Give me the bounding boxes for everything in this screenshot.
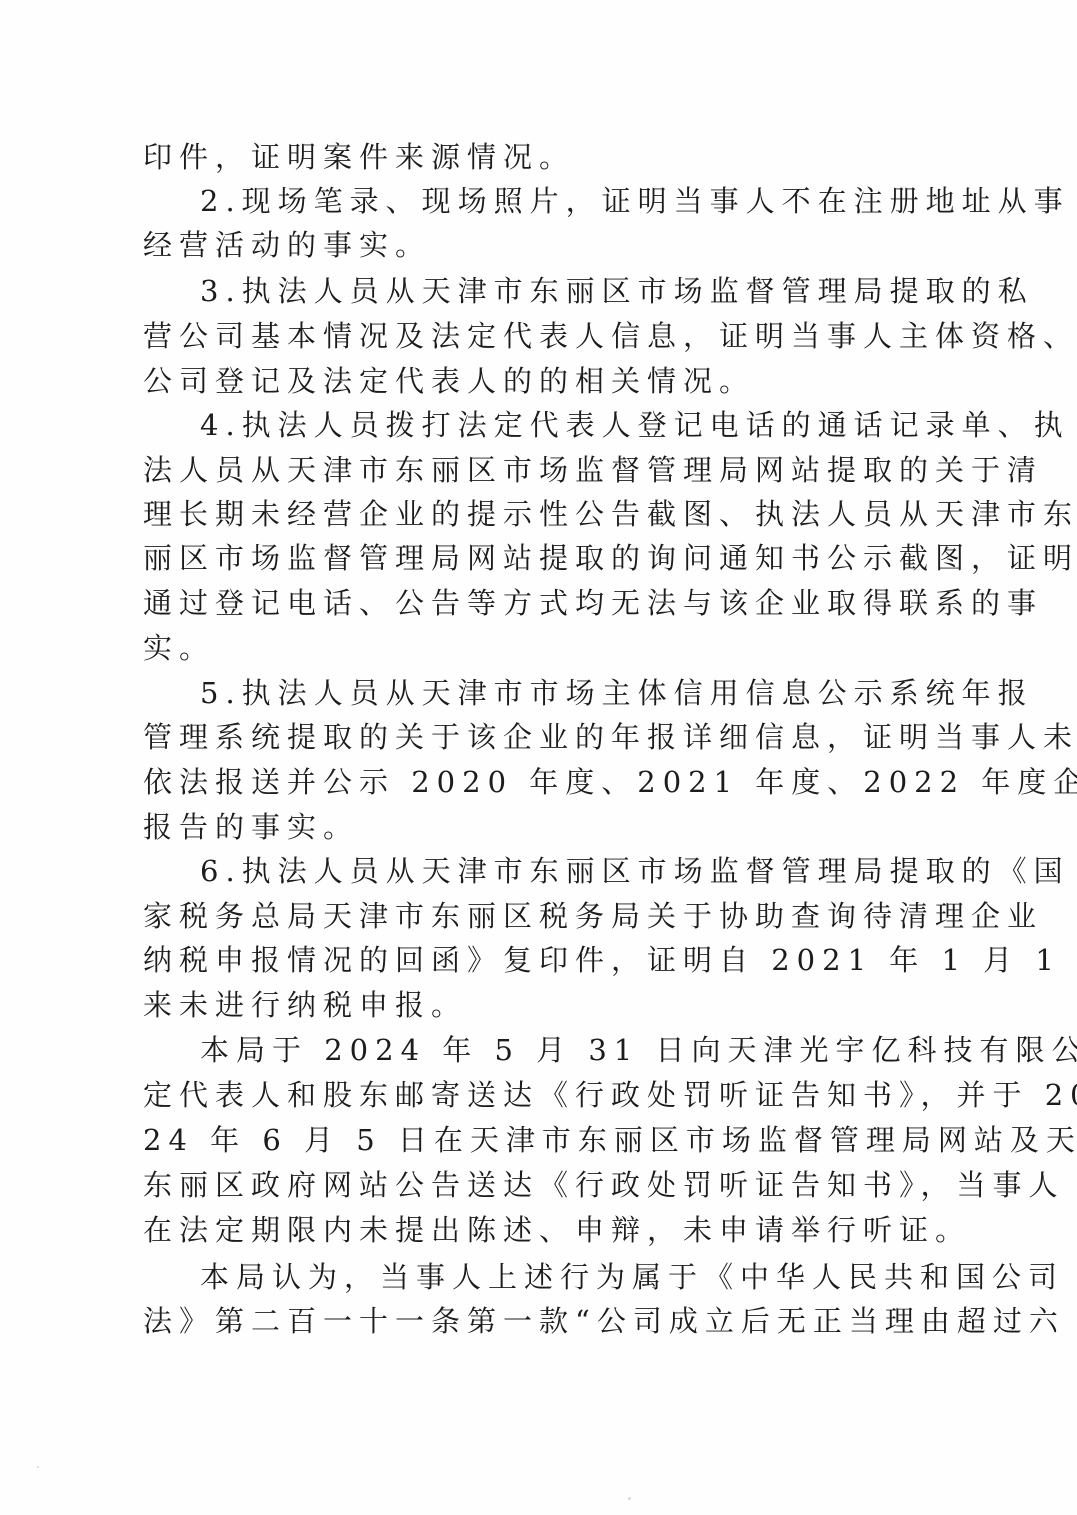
text-line: 经营活动的事实。 bbox=[143, 225, 888, 265]
text-line: 来未进行纳税申报。 bbox=[143, 985, 888, 1025]
text-line: 3.执法人员从天津市东丽区市场监督管理局提取的私 bbox=[200, 271, 888, 311]
text-line: 定代表人和股东邮寄送达《行政处罚听证告知书》，并于 20 bbox=[143, 1075, 888, 1115]
document-page: 印件，证明案件来源情况。2.现场笔录、现场照片，证明当事人不在注册地址从事经营活… bbox=[0, 0, 1077, 1515]
text-line: 5.执法人员从天津市市场主体信用信息公示系统年报 bbox=[200, 673, 888, 713]
text-line: 本局认为，当事人上述行为属于《中华人民共和国公司 bbox=[200, 1257, 888, 1297]
text-line: 2.现场笔录、现场照片，证明当事人不在注册地址从事 bbox=[200, 181, 888, 221]
text-line: 报告的事实。 bbox=[143, 807, 888, 847]
text-line: 纳税申报情况的回函》复印件，证明自 2021 年 1 月 1 日以 bbox=[143, 940, 888, 980]
text-line: 管理系统提取的关于该企业的年报详细信息，证明当事人未 bbox=[143, 717, 888, 757]
text-line: 在法定期限内未提出陈述、申辩，未申请举行听证。 bbox=[143, 1210, 888, 1250]
text-line: 东丽区政府网站公告送达《行政处罚听证告知书》，当事人 bbox=[143, 1165, 888, 1205]
text-line: 丽区市场监督管理局网站提取的询问通知书公示截图，证明 bbox=[143, 538, 888, 578]
text-line: 4.执法人员拨打法定代表人登记电话的通话记录单、执 bbox=[200, 405, 888, 445]
text-line: 实。 bbox=[143, 628, 888, 668]
text-line: 依法报送并公示 2020 年度、2021 年度、2022 年度企业年度 bbox=[143, 762, 888, 802]
text-line: 本局于 2024 年 5 月 31 日向天津光宇亿科技有限公司法 bbox=[200, 1030, 888, 1070]
scan-speck bbox=[37, 1466, 39, 1468]
text-line: 24 年 6 月 5 日在天津市东丽区市场监督管理局网站及天津市 bbox=[143, 1120, 888, 1160]
text-line: 法人员从天津市东丽区市场监督管理局网站提取的关于清 bbox=[143, 450, 888, 490]
scan-speck bbox=[628, 1497, 631, 1500]
text-line: 家税务总局天津市东丽区税务局关于协助查询待清理企业 bbox=[143, 896, 888, 936]
text-line: 6.执法人员从天津市东丽区市场监督管理局提取的《国 bbox=[200, 851, 888, 891]
text-line: 法》第二百一十一条第一款“公司成立后无正当理由超过六 bbox=[143, 1301, 888, 1341]
text-line: 营公司基本情况及法定代表人信息，证明当事人主体资格、 bbox=[143, 316, 888, 356]
text-line: 公司登记及法定代表人的的相关情况。 bbox=[143, 361, 888, 401]
text-line: 理长期未经营企业的提示性公告截图、执法人员从天津市东 bbox=[143, 494, 888, 534]
text-line: 印件，证明案件来源情况。 bbox=[143, 137, 888, 177]
text-line: 通过登记电话、公告等方式均无法与该企业取得联系的事 bbox=[143, 583, 888, 623]
